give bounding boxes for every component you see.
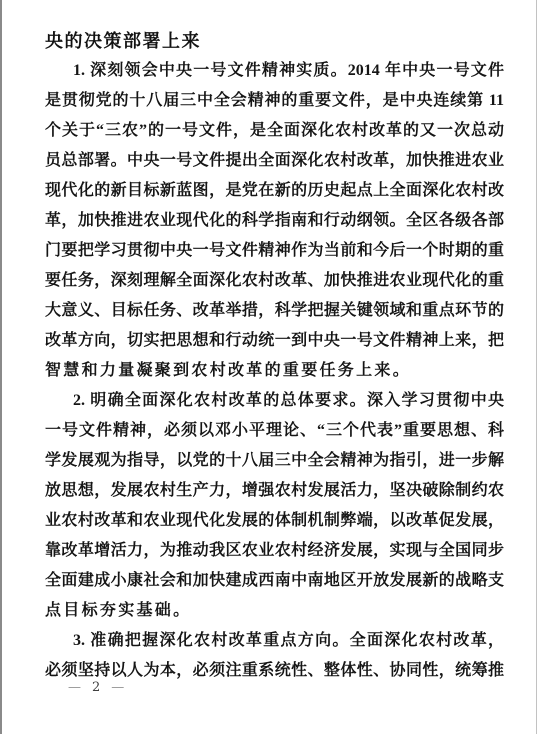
body-line-19: 点目标夯实基础。: [45, 596, 504, 626]
body-line-8: 要任务，深刻理解全面深化农村改革、加快推进农业现代化的重: [45, 266, 504, 296]
document-body: 央的决策部署上来 1. 深刻领会中央一号文件精神实质。2014 年中央一号文件 …: [45, 26, 504, 686]
scanned-document-page: 央的决策部署上来 1. 深刻领会中央一号文件精神实质。2014 年中央一号文件 …: [0, 0, 537, 734]
body-line-7: 门要把学习贯彻中央一号文件精神作为当前和今后一个时期的重: [45, 236, 504, 266]
body-line-2: 是贯彻党的十八届三中全会精神的重要文件，是中央连续第 11: [45, 86, 504, 116]
body-line-20: 3. 准确把握深化农村改革重点方向。全面深化农村改革，: [45, 626, 504, 656]
body-line-1: 1. 深刻领会中央一号文件精神实质。2014 年中央一号文件: [45, 56, 504, 86]
body-line-15: 放思想，发展农村生产力，增强农村发展活力，坚决破除制约农: [45, 476, 504, 506]
body-line-4: 员总部署。中央一号文件提出全面深化农村改革，加快推进农业: [45, 146, 504, 176]
body-line-3: 个关于“三农”的一号文件，是全面深化农村改革的又一次总动: [45, 116, 504, 146]
document-heading: 央的决策部署上来: [45, 26, 504, 56]
body-line-12: 2. 明确全面深化农村改革的总体要求。深入学习贯彻中央: [45, 386, 504, 416]
body-line-6: 革，加快推进农业现代化的科学指南和行动纲领。全区各级各部: [45, 206, 504, 236]
body-line-16: 业农村改革和农业现代化发展的体制机制弊端，以改革促发展，: [45, 506, 504, 536]
scan-edge-left: [0, 0, 2, 734]
body-line-17: 靠改革增活力，为推动我区农业农村经济发展，实现与全国同步: [45, 536, 504, 566]
body-line-5: 现代化的新目标新蓝图，是党在新的历史起点上全面深化农村改: [45, 176, 504, 206]
body-line-18: 全面建成小康社会和加快建成西南中南地区开放发展新的战略支: [45, 566, 504, 596]
body-line-11: 智慧和力量凝聚到农村改革的重要任务上来。: [45, 356, 504, 386]
page-number-footer: —2—: [68, 679, 124, 697]
body-line-14: 学发展观为指导，以党的十八届三中全会精神为指引，进一步解: [45, 446, 504, 476]
footer-dash-right: —: [111, 680, 124, 695]
body-line-9: 大意义、目标任务、改革举措，科学把握关键领域和重点环节的: [45, 296, 504, 326]
body-line-10: 改革方向，切实把思想和行动统一到中央一号文件精神上来，把: [45, 326, 504, 356]
footer-dash-left: —: [68, 680, 81, 695]
page-number: 2: [92, 679, 100, 697]
body-line-13: 一号文件精神，必须以邓小平理论、“三个代表”重要思想、科: [45, 416, 504, 446]
